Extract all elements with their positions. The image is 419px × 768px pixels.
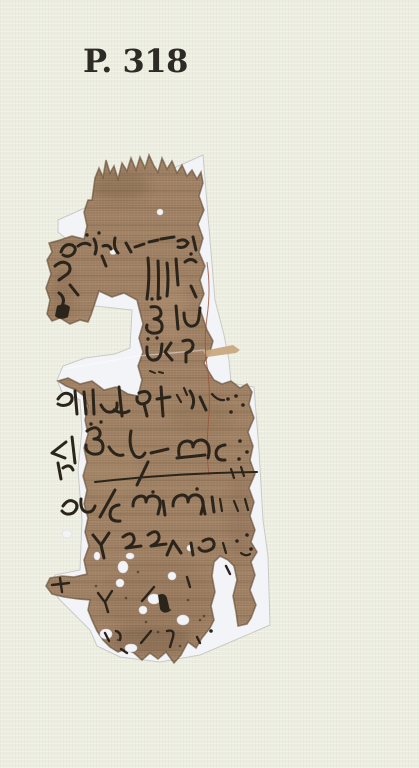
scanned-plate: P. 318: [0, 0, 419, 768]
papyrus-photo: [0, 0, 419, 768]
